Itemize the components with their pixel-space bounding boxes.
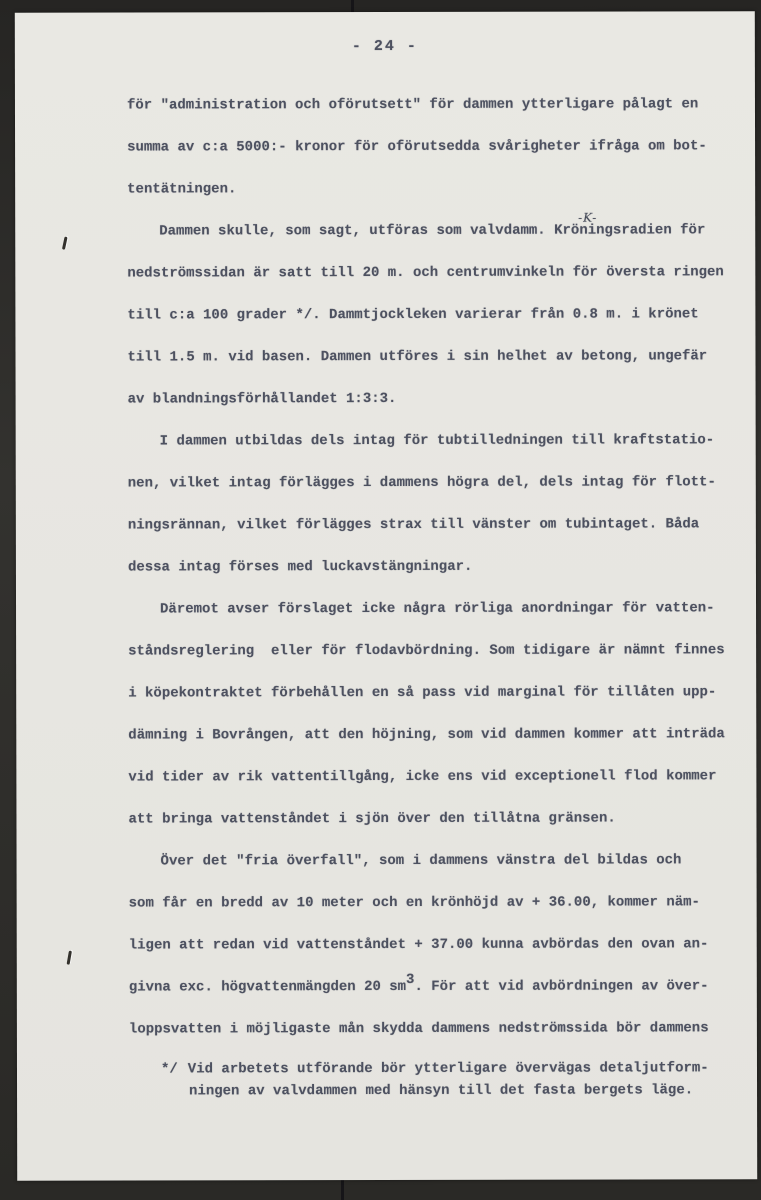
text-line: Däremot avser förslaget icke några rörli…: [128, 598, 740, 641]
footnote: */Vid arbetets utförande bör ytterligare…: [161, 1057, 741, 1102]
page-number: - 24 -: [15, 37, 755, 56]
scan-crease-line-bottom: [341, 1179, 344, 1200]
text-line: dämning i Bovrången, att den höjning, so…: [128, 724, 740, 767]
scanned-document-page: { "page": { "number_label": "- 24 -", "p…: [0, 0, 761, 1200]
text-line: som får en bredd av 10 meter och en krön…: [129, 892, 741, 935]
text-line: I dammen utbildas dels intag för tubtill…: [128, 430, 740, 473]
footnote-text: Vid arbetets utförande bör ytterligare ö…: [188, 1060, 709, 1077]
document-lines: för "administration och oförutsett" för …: [127, 94, 741, 1061]
text-line: nedströmssidan är satt till 20 m. och ce…: [127, 262, 739, 305]
text-line: av blandningsförhållandet 1:3:3.: [128, 388, 740, 431]
paper-sheet: - 24 - för "administration och oförutset…: [15, 11, 757, 1181]
paper-tear-mark: [67, 951, 72, 965]
text-line: ståndsreglering eller för flodavbördning…: [128, 640, 740, 683]
text-line: loppsvatten i möjligaste mån skydda damm…: [129, 1018, 741, 1061]
text-line: för "administration och oförutsett" för …: [127, 94, 739, 137]
text-line: summa av c:a 5000:- kronor för oförutsed…: [127, 136, 739, 179]
text-line: Över det "fria överfall", som i dammens …: [129, 850, 741, 893]
text-line: Dammen skulle, som sagt, utföras som val…: [127, 220, 739, 263]
footnote-line: ningen av valvdammen med hänsyn till det…: [189, 1079, 741, 1102]
text-line: givna exc. högvattenmängden 20 sm3. För …: [129, 976, 741, 1019]
text-line: nen, vilket intag förlägges i dammens hö…: [128, 472, 740, 515]
text-line: vid tider av rik vattentillgång, icke en…: [128, 766, 740, 809]
text-line: till 1.5 m. vid basen. Dammen utföres i …: [127, 346, 739, 389]
handwritten-correction-mark: -K-: [578, 208, 597, 228]
text-line: i köpekontraktet förbehållen en så pass …: [128, 682, 740, 725]
footnote-marker: */: [161, 1061, 178, 1077]
paper-tear-mark: [62, 237, 68, 250]
text-line: ningsrännan, vilket förlägges strax till…: [128, 514, 740, 557]
text-line: dessa intag förses med luckavstängningar…: [128, 556, 740, 599]
text-line: att bringa vattenståndet i sjön över den…: [128, 808, 740, 851]
footnote-line: */Vid arbetets utförande bör ytterligare…: [161, 1057, 741, 1080]
text-line: ligen att redan vid vattenståndet + 37.0…: [129, 934, 741, 977]
text-line: till c:a 100 grader */. Dammtjockleken v…: [127, 304, 739, 347]
text-line: tentätningen.: [127, 178, 739, 221]
